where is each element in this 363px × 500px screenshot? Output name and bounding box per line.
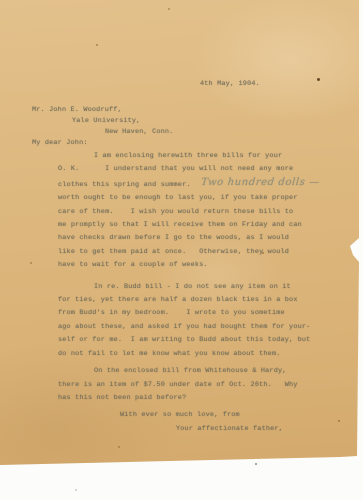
recipient-address: Mr. John E. Woodruff, Yale University, N… [32,105,173,138]
recipient-city: New Haven, Conn. [105,127,173,138]
recipient-name: Mr. John E. Woodruff, [32,105,173,116]
letter-body: I am enclosing herewith three bills for … [58,150,318,437]
letter-line: In re. Budd bill - I do not see any item… [58,281,318,294]
letter-line: have to wait for a couple of weeks. [58,259,318,272]
scan-speck [75,489,77,491]
letter-line: have checks drawn before I go to the woo… [58,232,318,245]
letter-line: ago about these, and asked if you had bo… [58,321,318,334]
scanned-letter: 4th May, 1904. Mr. John E. Woodruff, Yal… [0,0,363,500]
closing-signature-line: Your affectionate father, [176,423,318,437]
letter-date: 4th May, 1904. [200,80,260,88]
letter-line: me promptly so that I will receive them … [58,219,318,232]
letter-line: O. K. I understand that you will not nee… [58,163,318,176]
closing-valediction: With ever so much love, from [120,409,318,423]
letter-line: like to get them paid at once. Otherwise… [58,246,318,259]
letter-line: has this not been paid before? [58,392,318,405]
paper-speck [30,262,32,264]
letter-line: for ties, yet there are half a dozen bla… [58,294,318,307]
salutation: My dear John: [32,139,88,147]
letter-line: self or for me. I am writing to Budd abo… [58,334,318,347]
letter-line: On the enclosed bill from Whitehouse & H… [58,365,318,378]
paper-speck [168,8,170,10]
letter-line: from Budd's in my bedroom. I wrote to yo… [58,307,318,320]
letter-line: clothes this spring and summer.Two hundr… [58,177,318,192]
paper-speck [96,44,98,46]
letter-line-text: clothes this spring and summer. [58,181,191,189]
letter-paper: 4th May, 1904. Mr. John E. Woodruff, Yal… [0,0,363,500]
handwritten-insertion: Two hundred dolls — [200,176,320,189]
recipient-institution: Yale University, [72,116,173,127]
paper-speck [317,78,320,81]
letter-line: do not fail to let me know what you know… [58,348,318,361]
paper-speck [262,252,264,254]
letter-line: I am enclosing herewith three bills for … [58,150,318,163]
paper-speck [118,446,120,448]
letter-line: there is an item of $7.50 under date of … [58,379,318,392]
letter-line: care of them. I wish you would return th… [58,206,318,219]
paper-speck [338,420,340,422]
scan-speck [255,463,257,465]
letter-line: worth ought to be enough to last you, if… [58,192,318,205]
